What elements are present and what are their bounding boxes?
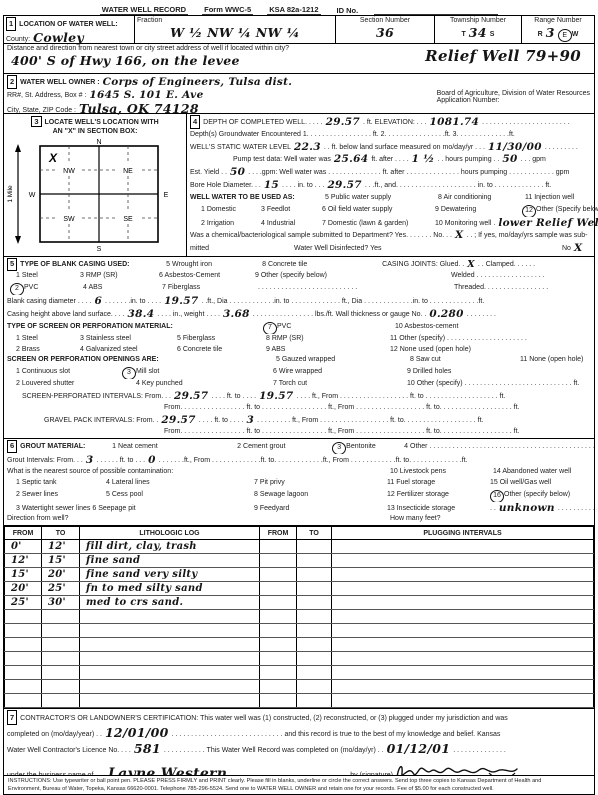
fraction-label: Fraction [137,17,333,24]
litho-from: 12' [11,555,29,566]
groundwater-line: Depth(s) Groundwater Encountered 1. . . … [187,129,598,141]
litho-desc: med to crs sand. [86,597,183,608]
completed-date-value: 12/01/00 [105,726,169,739]
opening-option: 8 Saw cut [410,355,520,366]
yield-label: Est. Yield . . [190,167,227,179]
table-row-empty [5,666,594,680]
contamination-option: 14 Abandoned water well [493,467,571,478]
screen-option: 11 Other (specify) . . . . . . . . . . .… [390,334,527,345]
locate-title-1: LOCATE WELL'S LOCATION WITH [45,119,159,126]
use-option: 5 Public water supply [325,192,438,204]
screen-option: 5 Fiberglass [177,334,266,345]
use-option: 9 Dewatering [435,204,522,216]
opening-option: Mill slot [136,367,273,378]
form-header: WATER WELL RECORD Form WWC-5 KSA 82a-121… [0,0,598,15]
sample-question: Was a chemical/bacteriological sample su… [190,230,452,242]
contamination-option: 1 Septic tank [16,478,106,489]
use-option: 4 Industrial [261,218,322,230]
depth-label: DEPTH OF COMPLETED WELL. . . . . [203,117,322,129]
address-label: RR#, St. Address, Box # : [7,90,86,102]
table-row: 15'20'fine sand very silty [5,568,594,582]
south-label: S [97,246,102,253]
casing-height-label: Casing height above land surface. . . . [7,310,125,321]
casing-option: 8 Concrete tile [262,260,382,271]
gauge-label: . . . . . . . . . . . . . . . . lbs./ft.… [253,310,427,321]
pump-tail: . . . gpm [521,154,546,166]
spi-mid: . . . . ft. to . . . . [211,392,256,403]
nw-label: NW [63,168,75,175]
section5-number: 5 [7,258,17,271]
section-location: 1LOCATION OF WATER WELL: County:Cowley F… [4,16,594,44]
section4-number: 4 [190,115,200,129]
static-dots: . . . . . . . . . [545,142,578,154]
litho-from: 15' [11,569,29,580]
casing-pvc-label: PVC [24,283,83,294]
depth-dots: . . . . . . . . . . . . . . . . . . . . … [482,117,570,129]
litho-desc: fine sand very silty [86,569,197,580]
use-option: 1 Domestic [201,204,261,216]
grout-intervals-label: Grout Intervals: From. . . [7,456,83,467]
static-level-value: 22.3 [294,142,321,154]
township-value: 34 [469,25,487,40]
township-label: Township Number [437,17,519,24]
litho-to: 25' [48,583,66,594]
table-row: 0'12'fill dirt, clay, trash [5,540,594,554]
bore-depth-value: 29.57 [327,180,361,192]
spi-label: SCREEN-PERFORATED INTERVALS: From. . . [22,392,171,403]
spi-to: 19.57 [259,391,293,402]
use-option: 8 Air conditioning [438,192,525,204]
form-title: WATER WELL RECORD [100,5,188,15]
screen-option: 4 Galvanized steel [80,345,177,356]
section-depth: 4DEPTH OF COMPLETED WELL. . . . .29.57. … [187,114,598,256]
opening-option: 7 Torch cut [273,379,407,390]
distance-row: Distance and direction from nearest town… [4,44,594,74]
use-option: 11 Injection well [525,192,574,204]
ne-label: NE [123,168,133,175]
gpi-label: GRAVEL PACK INTERVALS: From. . [44,416,158,427]
opening-3-circled: 3 [122,367,136,379]
city-value: Tulsa, OK 74128 [79,103,199,115]
yield-tail: . . . .gpm: Well water was . . . . . . .… [248,167,569,179]
spi-line2: From. . . . . . . . . . . . . . . . . ft… [164,403,520,414]
owner-title: WATER WELL OWNER : [20,77,99,89]
casing-option: 1 Steel [16,271,80,282]
contamination-option: 15 Oil well/Gas well [490,478,551,489]
bore-tail: . . .ft., and. . . . . . . . . . . . . .… [365,180,551,192]
certification-line2: . . . . . . . . . . . . . . . . . . . . … [172,728,501,741]
litho-desc: fn to med silty sand [86,583,203,594]
signature-scrawl [393,761,523,775]
static-level-label: WELL'S STATIC WATER LEVEL [190,142,291,154]
casing-option: 4 ABS [83,283,162,294]
use-option: 2 Irrigation [201,218,261,230]
instructions-line2: Environment, Bureau of Water, Topeka, Ka… [8,786,590,794]
fraction-value: W ½ NW ¼ NW ¼ [170,25,300,40]
contamination-16-circled: 16 [490,490,504,502]
screen-pvc-label: PVC [277,322,395,333]
screen-option: 8 RMP (SR) [266,334,390,345]
section6-number: 6 [7,440,17,453]
table-row-empty [5,610,594,624]
spi-from: 29.57 [174,391,208,402]
grout-bentonite-label: Bentonite [346,442,404,453]
bore-label: Bore Hole Diameter. . . [190,180,261,192]
form-id-blank [374,14,498,15]
section-casing: 5TYPE OF BLANK CASING USED:5 Wrought iro… [4,257,594,439]
arrow-down-icon [15,236,21,244]
col-from-1: FROM [5,527,42,540]
joints-threaded: Threaded. . . . . . . . . . . . . . . . … [454,283,548,294]
how-many-feet-label: How many feet? [390,514,441,525]
contamination-option: 13 Insecticide storage [387,504,490,515]
locate-title-2: AN "X" IN SECTION BOX: [4,127,186,136]
screen-option: 1 Steel [16,334,80,345]
township-s: S [490,31,495,38]
form-number: Form WWC-5 [202,5,253,15]
opening-option: 9 Drilled holes [407,367,451,378]
section-box-diagram: 1 Mile NW NE SW SE N S W E X [4,136,180,254]
joints-label: CASING JOINTS: Glued. . [382,260,464,271]
grout-mid: . . . . . . ft. to . . . [96,456,145,467]
contamination-option: 10 Livestock pens [390,467,493,478]
completed-date-label: completed on (mo/day/year) . . [7,728,102,741]
section1-title: LOCATION OF WATER WELL: [19,19,118,31]
casing-option: 7 Fiberglass [162,283,258,294]
se-label: SE [123,216,133,223]
casing-diam-mid: . . . . . . .in. to . . . . [105,297,161,308]
litho-to: 30' [48,597,66,608]
litho-desc: fill dirt, clay, trash [86,541,197,552]
opening-option: 6 Wire wrapped [273,367,407,378]
range-w: W [572,31,579,38]
litho-to: 20' [48,569,66,580]
screen-option: 2 Brass [16,345,80,356]
contamination-option: 12 Fertilizer storage [387,490,490,501]
contamination-title: What is the nearest source of possible c… [7,467,390,478]
contamination-option: 2 Sewer lines [16,490,106,501]
litho-desc: fine sand [86,555,140,566]
record-completed-dots: . . . . . . . . . . . . . . [453,744,506,757]
grout-other: 4 Other . . . . . . . . . . . . . . . . … [404,442,594,453]
section-certification: 7CONTRACTOR'S OR LANDOWNER'S CERTIFICATI… [4,708,594,775]
grout-option: 1 Neat cement [112,442,237,453]
record-completed-label: . . . . . . . . . . . This Water Well Re… [164,744,384,757]
table-row: 20'25'fn to med silty sand [5,582,594,596]
table-row: 12'15'fine sand [5,554,594,568]
casing-diam-label: Blank casing diameter . . . . [7,297,91,308]
agency-name: Board of Agriculture, Division of Water … [437,90,590,97]
relief-well-note: Relief Well 79+90 [425,47,581,65]
signature-label: by (signature) [350,769,393,775]
use-option: 3 Feedlot [261,204,322,216]
litho-from: 20' [11,583,29,594]
use-option: 6 Oil field water supply [322,204,435,216]
disinfected-no-label: No [562,243,571,255]
litho-from: 25' [11,597,29,608]
grout-3-circled: 3 [332,442,346,454]
grout-title: GROUT MATERIAL: [20,442,112,453]
contamination-other-label: Other (specify below) [504,490,570,501]
use-other-label: Other (Specify below) [536,204,598,216]
range-r: R [538,31,543,38]
screen-option: 6 Concrete tile [177,345,266,356]
sw-label: SW [63,216,75,223]
contamination-other-value: unknown [499,503,555,514]
contamination-option: 7 Pit privy [254,478,387,489]
mile-label: 1 Mile [7,185,14,203]
distance-value: 400' S of Hwy 166, on the levee [11,53,240,68]
col-to-2: TO [297,527,332,540]
section-location-depth: 3LOCATE WELL'S LOCATION WITH AN "X" IN S… [4,114,594,257]
grout-from: 3 [86,455,94,466]
form-statute: KSA 82a-1212 [267,5,320,15]
pump-level-value: 25.64 [334,154,368,166]
township-t: T [462,31,466,38]
sample-no-x: X [455,230,463,242]
gpi-mid: . . . . ft. to . . . . [199,416,244,427]
west-label: W [29,192,36,199]
casing-depth-value: 19.57 [164,296,198,307]
opening-option: 5 Gauzed wrapped [276,355,410,366]
east-label: E [164,192,169,199]
licence-label: Water Well Contractor's Licence No. . . … [7,744,131,757]
address-value: 1645 S. 101 E. Ave [89,90,203,102]
owner-value: Corps of Engineers, Tulsa dist. [103,77,293,89]
table-row-empty [5,680,594,694]
record-completed-date: 01/12/01 [387,742,451,755]
use-option: 7 Domestic (lawn & garden) [322,218,435,230]
openings-title: SCREEN OR PERFORATION OPENINGS ARE: [7,355,276,366]
city-label: City, State, ZIP Code : [7,105,76,117]
section-number-label: Section Number [338,17,432,24]
section-grout: 6GROUT MATERIAL:1 Neat cement2 Cement gr… [4,439,594,526]
instructions-line1: INSTRUCTIONS: Use typewriter or ball poi… [8,778,590,786]
contamination-option: 3 Watertight sewer lines 6 Seepage pit [16,504,254,515]
use-option: 10 Monitoring well . [435,218,495,230]
opening-option: 4 Key punched [136,379,273,390]
yield-value: 50 [230,167,245,179]
pump-mid2: . . hours pumping . . [438,154,500,166]
litho-from: 0' [11,541,22,552]
gauge-dots: . . . . . . . . [467,310,496,321]
certification-line1: CONTRACTOR'S OR LANDOWNER'S CERTIFICATIO… [20,712,508,725]
opening-option: 11 None (open hole) [520,355,583,366]
table-row-empty [5,638,594,652]
casing-diam-value: 6 [94,296,102,307]
casing-height-value: 38.4 [128,309,155,320]
licence-value: 581 [134,742,161,755]
screen-option: 12 None used (open hole) [390,345,471,356]
depth-value: 29.57 [326,117,360,129]
north-label: N [96,139,101,146]
table-row-empty [5,624,594,638]
casing-weight-label: . . . . in., weight . . . . [157,310,220,321]
contamination-option: 8 Sewage lagoon [254,490,387,501]
col-lithologic-log: LITHOLOGIC LOG [80,527,260,540]
arrow-up-icon [15,144,21,152]
table-header-row: FROM TO LITHOLOGIC LOG FROM TO PLUGGING … [5,527,594,540]
casing-title: TYPE OF BLANK CASING USED: [20,260,166,271]
disinfected-label: Water Well Disinfected? Yes [294,243,502,255]
casing-option: 3 RMP (SR) [80,271,159,282]
static-mid: . . ft. below land surface measured on m… [324,142,485,154]
opening-option: 2 Louvered shutter [16,379,136,390]
table-row: 25'30'med to crs sand. [5,596,594,610]
casing-option: 5 Wrought iron [166,260,262,271]
gpi-from: 29.57 [161,415,195,426]
bore-diameter-value: 15 [264,180,279,192]
use-other-value: lower Relief Well . . . [498,218,598,230]
litho-to: 15' [48,555,66,566]
business-name-value: Layne Western [108,768,227,775]
instructions: INSTRUCTIONS: Use typewriter or ball poi… [4,775,594,794]
gpi-line2: From. . . . . . . . . . . . . . . . . ft… [164,427,520,438]
section2-number: 2 [7,75,17,89]
range-value: 3 [546,25,555,40]
grout-to: 0 [148,455,156,466]
screen-option: 3 Stainless steel [80,334,177,345]
col-from-2: FROM [260,527,297,540]
direction-label: Direction from well? [7,514,390,525]
section-owner: 2WATER WELL OWNER :Corps of Engineers, T… [4,74,594,114]
section7-number: 7 [7,710,17,725]
contamination-option: 9 Feedyard [254,504,387,515]
county-value: Cowley [33,32,84,44]
opening-option: 10 Other (specify) . . . . . . . . . . .… [407,379,579,390]
casing-2-circled: 2 [10,283,24,295]
pump-gpm-value: 50 [502,154,517,166]
col-to-1: TO [42,527,80,540]
screen-option: 9 ABS [266,345,390,356]
col-plugging-intervals: PLUGGING INTERVALS [332,527,594,540]
static-date: 11/30/00 [488,142,542,154]
business-name-label: under the business name of [7,769,105,775]
use-12-circled: 12 [522,205,536,217]
casing-other-dots: . . . . . . . . . . . . . . . . . . . . … [258,283,398,294]
contamination-dots2: . . . . . . . . . . . . . [558,504,594,515]
lithologic-table: FROM TO LITHOLOGIC LOG FROM TO PLUGGING … [4,526,594,708]
elevation-value: 1081.74 [430,117,480,129]
bore-mid: . . . . in. to . . . [282,180,324,192]
spi-tail: . . . . ft., From . . . . . . . . . . . … [296,392,505,403]
range-label: Range Number [524,17,592,24]
grout-tail: . . . . . . .ft., From . . . . . . . . .… [159,456,468,467]
contamination-option: 4 Lateral lines [106,478,254,489]
pump-test-label: Pump test data: Well water was [233,154,331,166]
joints-welded: Welded . . . . . . . . . . . . . . . . .… [451,271,545,282]
section3-number: 3 [31,116,41,127]
gauge-value: 0.280 [429,309,463,320]
sample-mitted: mitted [190,243,294,255]
well-x-mark: X [48,151,58,165]
screen-option: 10 Asbestos-cement [395,322,458,333]
pump-mid1: ft. after . . . . [371,154,408,166]
section-locate-box: 3LOCATE WELL'S LOCATION WITH AN "X" IN S… [4,114,187,256]
pump-hours-value: 1 ½ [412,154,435,166]
section-number-value: 36 [376,25,394,40]
table-row-empty [5,694,594,708]
form-body: 1LOCATION OF WATER WELL: County:Cowley F… [3,15,595,795]
screen-7-circled: 7 [263,322,277,334]
gpi-tail: . . . . . . . . . ft., From . . . . . . … [257,416,483,427]
joints-tail: . . Clamped. . . . . . [478,260,535,271]
joints-glued-x: X [467,260,475,271]
casing-option: 9 Other (specify below) [255,271,395,282]
use-title: WELL WATER TO BE USED AS: [190,192,325,204]
gpi-to: 3 [247,415,255,426]
range-east-circled: E [558,29,572,42]
section1-number: 1 [6,17,16,31]
contamination-dots: . . [490,504,496,515]
sample-question-2: . . ; If yes, mo/day/yrs sample was sub- [466,230,587,242]
table-row-empty [5,652,594,666]
screen-material-title: TYPE OF SCREEN OR PERFORATION MATERIAL: [7,322,263,333]
application-number-label: Application Number: [437,97,590,104]
contamination-option: 5 Cess pool [106,490,254,501]
contamination-option: 11 Fuel storage [387,478,490,489]
casing-weight-value: 3.68 [223,309,250,320]
elevation-label: . ft. ELEVATION: . . . [363,117,427,129]
casing-option: 6 Asbestos-Cement [159,271,255,282]
opening-option: 1 Continuous slot [16,367,122,378]
grout-option: 2 Cement grout [237,442,332,453]
disinfected-no-x: X [574,243,582,255]
casing-diam-tail: . .ft., Dia . . . . . . . . . . . .in. t… [201,297,484,308]
form-id-label: ID No. [335,6,361,15]
litho-to: 12' [48,541,66,552]
